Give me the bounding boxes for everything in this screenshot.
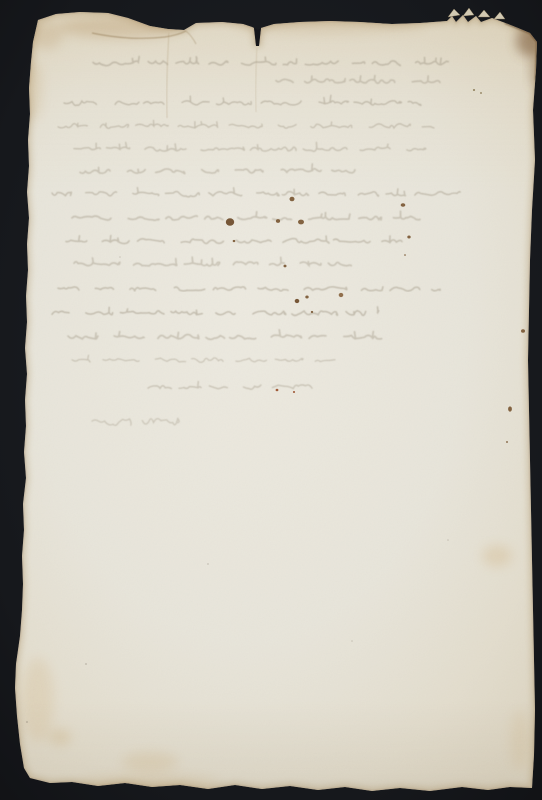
paper-grain-texture xyxy=(15,10,540,795)
manuscript-page-scan xyxy=(0,0,542,800)
scan-backdrop xyxy=(0,0,542,800)
paper-sheet xyxy=(15,8,542,795)
